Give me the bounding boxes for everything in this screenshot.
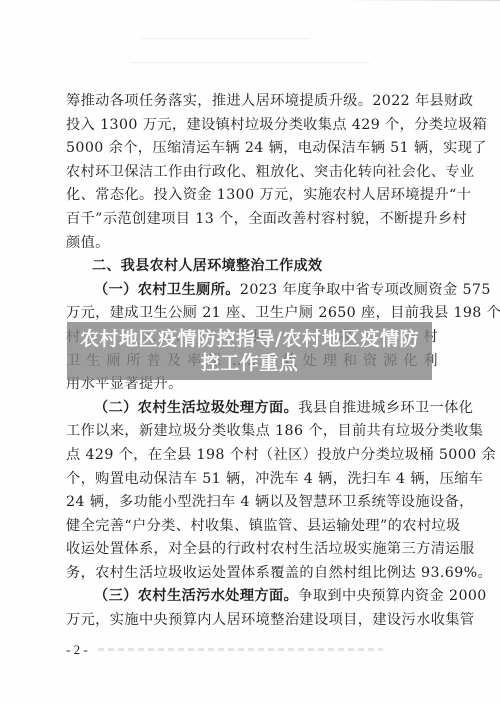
paragraph-line: 5000 余个，压缩清运车辆 24 辆，电动保洁车辆 51 辆，实现了	[66, 137, 438, 161]
section-heading: 二、我县农村人居环境整治工作成效	[66, 255, 438, 279]
banner-title: 农村地区疫情防控指导/农村地区疫情防控工作重点	[80, 327, 420, 375]
page-number: - 2 -	[66, 642, 88, 658]
paragraph-line: 投入 1300 万元，建设镇村垃圾分类收集点 429 个，分类垃圾箱	[66, 114, 438, 138]
subsection-1-title: （一）农村卫生厕所。	[94, 282, 240, 298]
title-overlay-banner: 农村地区疫情防控指导/农村地区疫情防控工作重点	[67, 322, 432, 380]
paragraph-line: 化、常态化。投入资金 1300 万元，实施农村人居环境提升“十	[66, 184, 438, 208]
paragraph-line: 点 429 个，在全县 198 个村（社区）投放户分类垃圾桶 5000 余	[66, 444, 438, 468]
scan-edge	[330, 0, 500, 1]
paragraph-line: 务，农村生活垃圾收运处置体系覆盖的自然村组比例达 93.69%。	[66, 562, 438, 586]
bleed-through-line	[130, 62, 370, 63]
paragraph-line: 24 辆，多功能小型洗扫车 4 辆以及智慧环卫系统等设施设备，	[66, 491, 438, 515]
subsection-3-text: 争取到中央预算内资金 2000	[298, 588, 487, 604]
subsection-2-text: 我县自推进城乡环卫一体化	[298, 400, 473, 416]
paragraph-line: 农村环卫保洁工作由行政化、粗放化、突击化转向社会化、专业	[66, 161, 438, 185]
paragraph-line: 个，购置电动保洁车 51 辆，冲洗车 4 辆，洗扫车 4 辆，压缩车	[66, 468, 438, 492]
paragraph-line: 颜值。	[66, 232, 438, 256]
paragraph-line: 收运处置体系，对全县的行政村农村生活垃圾实施第三方清运服	[66, 538, 438, 562]
subsection-3-line: （三）农村生活污水处理方面。争取到中央预算内资金 2000	[66, 585, 438, 609]
paragraph-line: 万元，实施中央预算内人居环境整治建设项目，建设污水收集管	[66, 609, 438, 633]
subsection-2-line: （二）农村生活垃圾处理方面。我县自推进城乡环卫一体化	[66, 397, 438, 421]
paragraph-line: 工作以来，新建垃圾分类收集点 186 个，目前共有垃圾分类收集	[66, 420, 438, 444]
bleed-through-line	[140, 38, 310, 39]
paragraph-line: 筹推动各项任务落实，推进人居环境提质升级。2022 年县财政	[66, 90, 438, 114]
bleed-through-footer	[98, 648, 383, 651]
subsection-1-text: 2023 年度争取中省专项改厕资金 575	[240, 282, 491, 298]
subsection-2-title: （二）农村生活垃圾处理方面。	[94, 400, 298, 416]
document-page: 筹推动各项任务落实，推进人居环境提质升级。2022 年县财政 投入 1300 万…	[0, 0, 500, 705]
paragraph-line: 百千”示范创建项目 13 个，全面改善村容村貌，不断提升乡村	[66, 208, 438, 232]
paragraph-line: 健全完善“户分类、村收集、镇监管、县运输处理”的农村垃圾	[66, 515, 438, 539]
subsection-1-line: （一）农村卫生厕所。2023 年度争取中省专项改厕资金 575	[66, 279, 438, 303]
subsection-3-title: （三）农村生活污水处理方面。	[94, 588, 298, 604]
